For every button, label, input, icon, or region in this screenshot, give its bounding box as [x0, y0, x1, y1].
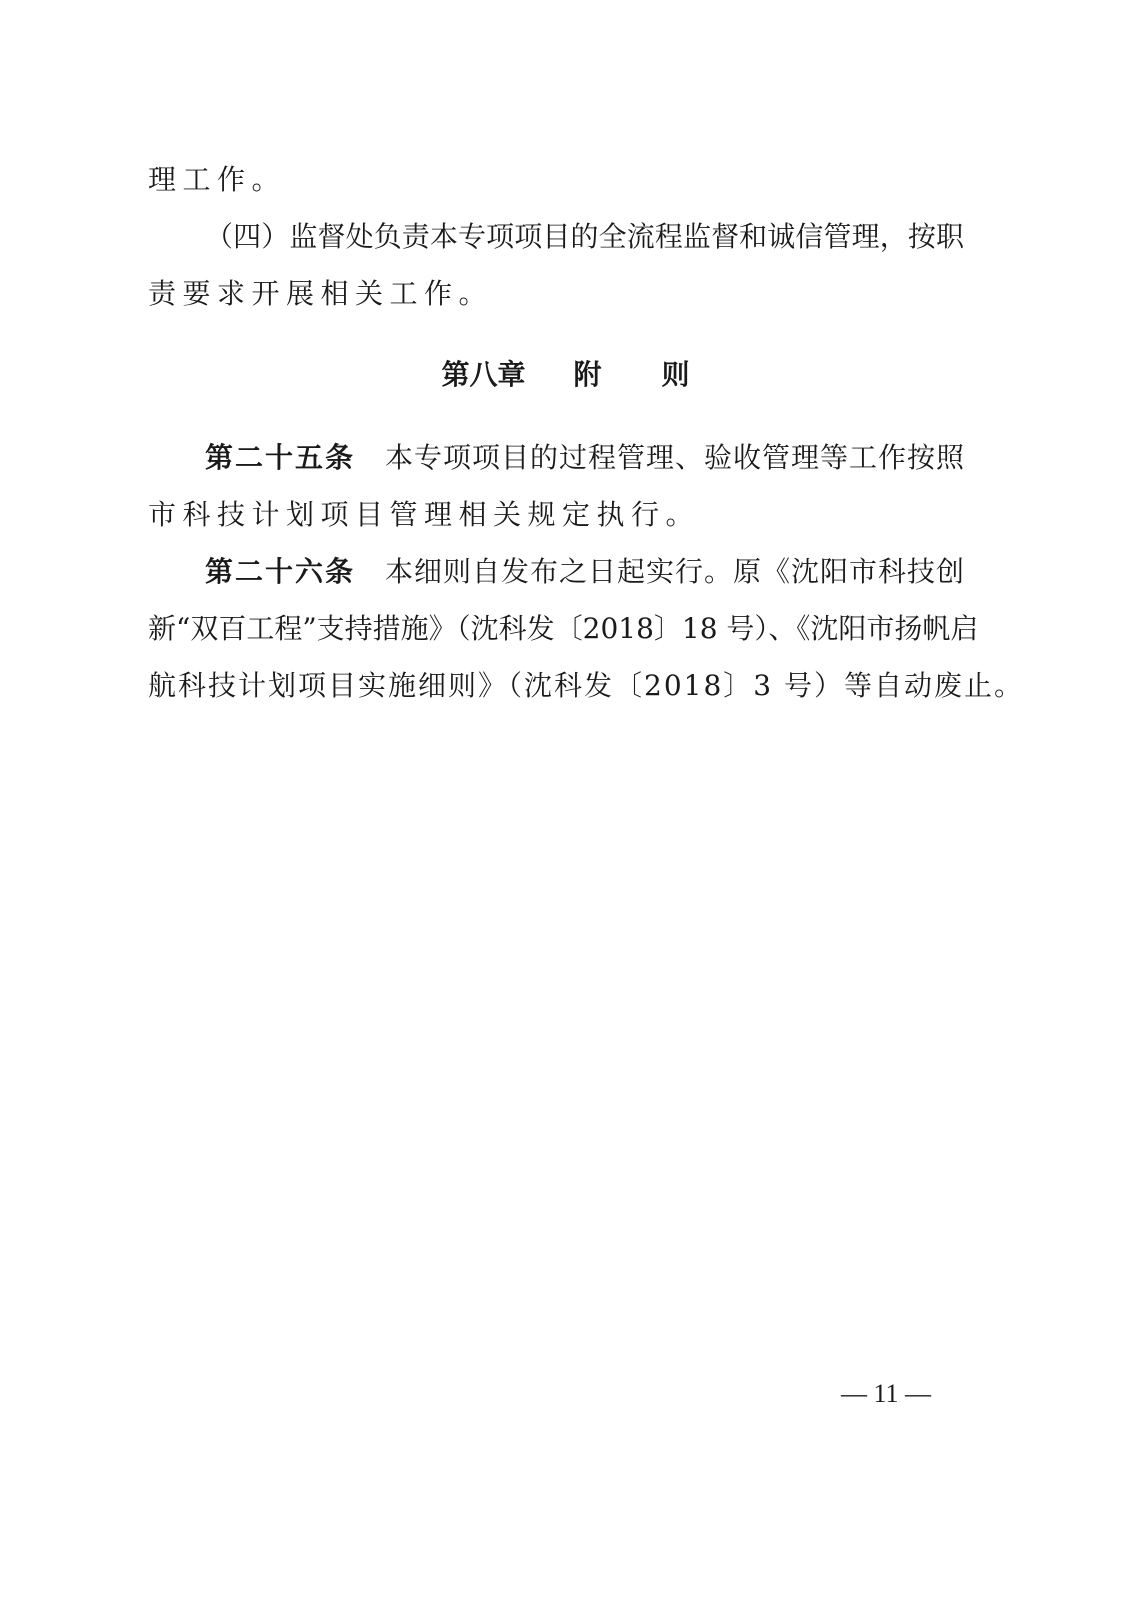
paragraph-line: （四）监督处负责本专项项目的全流程监督和诚信管理，按职 [205, 219, 964, 255]
chapter-title-part2: 则 [662, 357, 690, 393]
page-number: — 11 — [826, 1378, 946, 1410]
article-26-label: 第二十六条 [205, 554, 355, 590]
chapter-heading: 第八章附则 [0, 357, 1131, 393]
document-page: 理工作。 （四）监督处负责本专项项目的全流程监督和诚信管理，按职 责要求开展相关… [0, 0, 1131, 1600]
article-26-text: 本细则自发布之日起实行。原《沈阳市科技创 [385, 554, 964, 590]
paragraph-line: 航科技计划项目实施细则》（沈科发〔2018〕3 号）等自动废止。 [148, 668, 964, 704]
article-25-label: 第二十五条 [205, 440, 355, 476]
article-25-first-line: 第二十五条 本专项项目的过程管理、验收管理等工作按照 [205, 440, 964, 476]
article-25-text: 本专项项目的过程管理、验收管理等工作按照 [385, 440, 964, 476]
chapter-title-part1: 附 [573, 357, 601, 393]
article-26-first-line: 第二十六条 本细则自发布之日起实行。原《沈阳市科技创 [205, 554, 964, 590]
chapter-number: 第八章 [441, 357, 525, 393]
paragraph-line: 理工作。 [148, 162, 964, 198]
paragraph-line: 新“双百工程”支持措施》（沈科发〔2018〕18 号）、《沈阳市扬帆启 [148, 611, 964, 647]
paragraph-line: 市科技计划项目管理相关规定执行。 [148, 497, 964, 533]
paragraph-line: 责要求开展相关工作。 [148, 276, 964, 312]
